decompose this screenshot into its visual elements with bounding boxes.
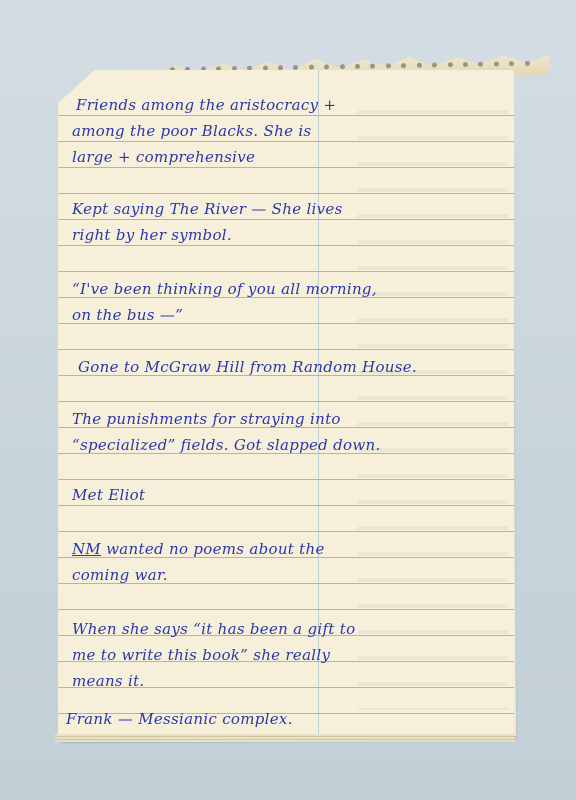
handwritten-line: coming war. — [72, 566, 168, 584]
handwritten-line: Met Eliot — [72, 486, 145, 504]
handwritten-line: means it. — [72, 672, 144, 690]
handwritten-line: The punishments for straying into — [72, 410, 341, 428]
ruled-line — [58, 609, 514, 610]
bleed-through-text — [358, 90, 508, 710]
handwritten-line: large + comprehensive — [72, 148, 255, 166]
handwritten-line: right by her symbol. — [72, 226, 232, 244]
notebook-page: Friends among the aristocracy + among th… — [58, 70, 514, 734]
handwritten-line: on the bus —” — [72, 306, 183, 324]
ruled-line — [58, 271, 514, 272]
ruled-line — [58, 479, 514, 480]
ruled-line — [58, 219, 514, 220]
handwritten-text: wanted no poems about the — [101, 540, 325, 558]
handwritten-line: Friends among the aristocracy + — [76, 96, 336, 114]
ruled-line — [58, 531, 514, 532]
handwritten-line: me to write this book” she really — [72, 646, 330, 664]
ruled-line — [58, 505, 514, 506]
ruled-line — [58, 245, 514, 246]
ruled-line — [58, 193, 514, 194]
handwritten-line: When she says “it has been a gift to — [72, 620, 355, 638]
handwritten-line: Gone to McGraw Hill from Random House. — [78, 358, 417, 376]
ruled-line — [58, 141, 514, 142]
ruled-line — [58, 167, 514, 168]
handwritten-line: among the poor Blacks. She is — [72, 122, 311, 140]
ruled-line — [58, 115, 514, 116]
underlined-initials: NM — [72, 540, 101, 558]
handwritten-line: Kept saying The River — She lives — [72, 200, 343, 218]
handwritten-line: “I've been thinking of you all morning, — [72, 280, 377, 298]
page-stack-edge — [55, 734, 515, 742]
ruled-line — [58, 401, 514, 402]
handwritten-line: Frank — Messianic complex. — [66, 710, 293, 728]
handwritten-line: NM wanted no poems about the — [72, 540, 325, 558]
ruled-line — [58, 349, 514, 350]
handwritten-line: “specialized” fields. Got slapped down. — [72, 436, 381, 454]
